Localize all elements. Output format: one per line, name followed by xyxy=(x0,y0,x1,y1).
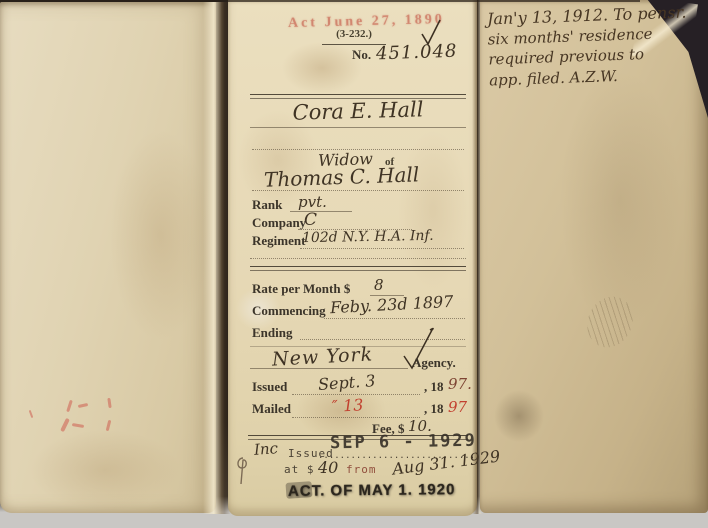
issued-value: Sept. 3 xyxy=(317,371,376,394)
commencing-label: Commencing xyxy=(252,303,326,319)
agency-line xyxy=(250,368,408,369)
issued-label: Issued xyxy=(252,379,287,395)
rank-line xyxy=(290,211,352,212)
mailed-year-written: 97 xyxy=(448,398,467,416)
stamp-smudge xyxy=(285,481,312,499)
act-of-1920-stamp: ACT. OF MAY 1. 1920 xyxy=(288,481,456,500)
section-dotted-rule xyxy=(250,258,466,259)
rank-label: Rank xyxy=(252,197,282,213)
case-number-label: No. xyxy=(352,47,371,63)
soldier-name-line xyxy=(252,190,464,191)
rank-value: pvt. xyxy=(298,193,327,211)
case-number-value: 451.048 xyxy=(376,41,458,65)
photo-top-edge xyxy=(0,0,640,2)
water-stain xyxy=(282,42,362,94)
ending-label: Ending xyxy=(252,325,292,341)
mailed-line xyxy=(292,417,420,418)
commencing-line xyxy=(324,318,465,319)
rate-value: 8 xyxy=(374,276,384,294)
water-stain xyxy=(110,130,210,340)
photograph-of-pension-document: Act June 27, 1890 (3-232.) No. 451.048 C… xyxy=(0,0,708,528)
pensioner-name-line xyxy=(250,127,466,128)
mailed-label: Mailed xyxy=(252,401,291,417)
from-label: from xyxy=(346,463,377,476)
at-label: at $ xyxy=(284,463,315,476)
ending-line xyxy=(300,339,465,340)
dark-smudge xyxy=(494,390,544,442)
mailed-value: ″ 13 xyxy=(332,395,364,416)
section-double-rule xyxy=(250,266,466,271)
pension-annotation: Jan'y 13, 1912. To pensr. six months' re… xyxy=(487,3,689,90)
regiment-label: Regiment xyxy=(252,233,305,249)
discoloration xyxy=(560,70,680,330)
issued-year-written: 97. xyxy=(448,375,472,393)
increase-note: Inc xyxy=(253,439,278,459)
regiment-line xyxy=(300,248,464,249)
regiment-value: 102d N.Y. H.A. Inf. xyxy=(302,228,434,246)
agency-label: Agency. xyxy=(412,355,456,371)
mailed-year-printed: , 18 xyxy=(424,401,444,417)
issued-year-printed: , 18 xyxy=(424,379,444,395)
form-number: (3-232.) xyxy=(306,28,402,40)
company-value: C xyxy=(304,210,317,230)
date-received-stamp: SEP 6 - 1929 xyxy=(330,431,477,454)
at-value: 40 xyxy=(318,458,338,477)
rate-label: Rate per Month $ xyxy=(252,281,350,297)
pencil-mark xyxy=(234,456,252,486)
water-stain xyxy=(30,430,180,510)
